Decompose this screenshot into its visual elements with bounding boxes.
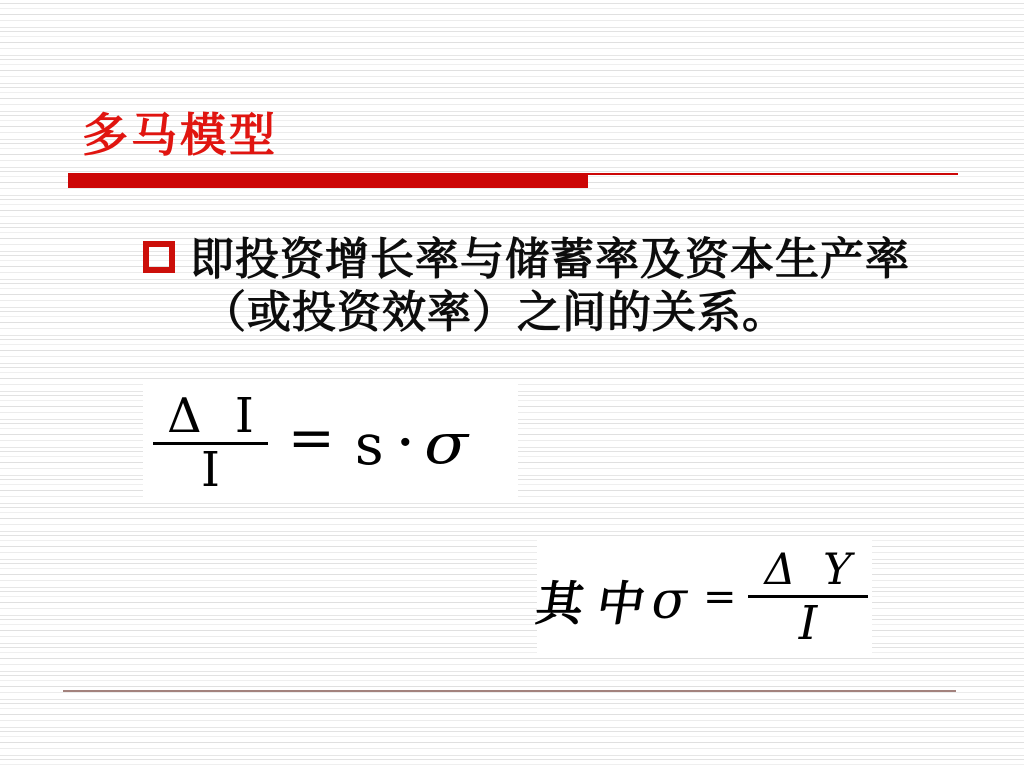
formula1-denominator: I <box>201 445 220 495</box>
formula-sigma-definition: 其中 σ = Δ Y I <box>537 537 872 657</box>
formula1-savings-rate-symbol: s <box>355 413 384 478</box>
title-underline-bar <box>68 175 588 188</box>
formula1-multiplication-dot: · <box>398 417 413 468</box>
formula2-equals-sign: = <box>703 574 737 620</box>
formula2-fraction: Δ Y I <box>748 545 867 650</box>
body-text-line-2: （或投资效率）之间的关系。 <box>202 286 980 339</box>
formula2-prefix-text: 其中 <box>532 567 665 634</box>
page-title: 多马模型 <box>82 99 278 165</box>
body-text: 即投资增长率与储蓄率及资本生产率 （或投资效率）之间的关系。 <box>190 233 980 339</box>
formula1-fraction: Δ I I <box>153 390 268 495</box>
slide: 多马模型 即投资增长率与储蓄率及资本生产率 （或投资效率）之间的关系。 Δ I … <box>0 0 1024 768</box>
formula2-denominator: I <box>799 598 818 650</box>
formula2-numerator: Δ Y <box>748 545 867 595</box>
formula1-sigma-symbol: σ <box>424 412 468 477</box>
formula-investment-growth: Δ I I = s · σ <box>143 383 518 502</box>
body-text-line-1: 即投资增长率与储蓄率及资本生产率 <box>190 233 980 286</box>
formula1-equals-sign: = <box>288 406 335 471</box>
bullet-square-icon <box>143 241 175 273</box>
formula1-numerator: Δ I <box>153 390 268 442</box>
footer-divider-line <box>63 690 956 692</box>
